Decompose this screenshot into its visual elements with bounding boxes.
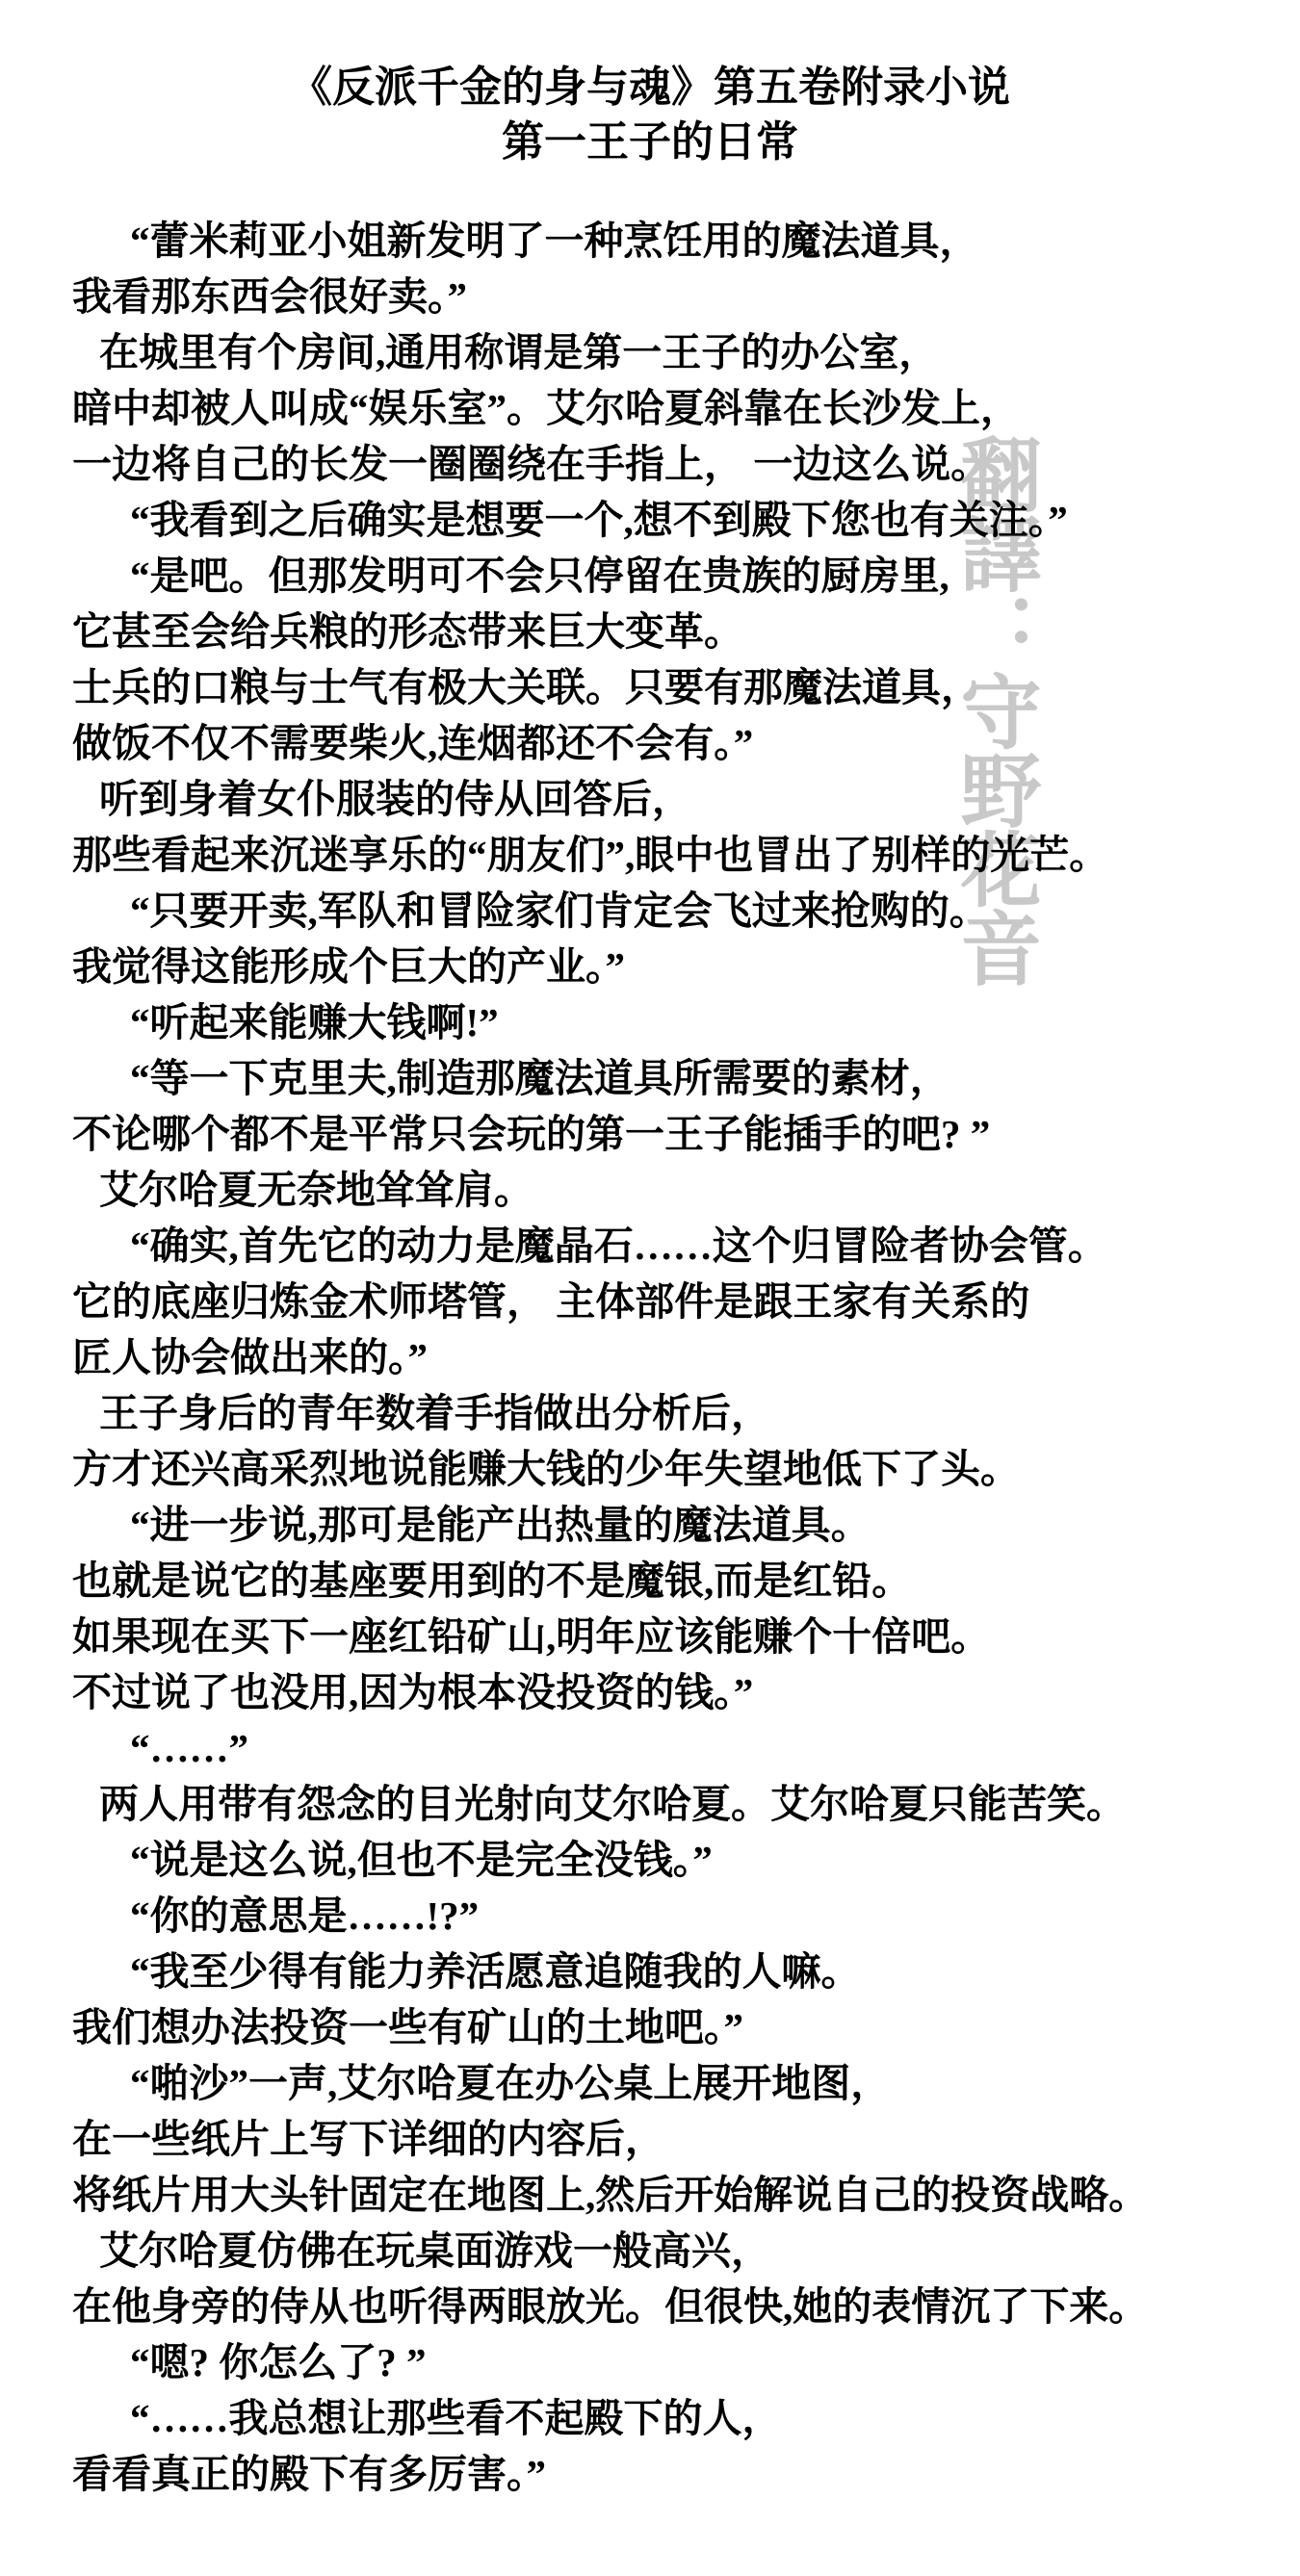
text-line: 在城里有个房间,通用称谓是第一王子的办公室， [72,324,1290,380]
text-line: 看看真正的殿下有多厉害。” [72,2446,1290,2502]
text-line: 一边将自己的长发一圈圈绕在手指上， 一边这么说。 [72,436,1290,492]
text-line: 我看那东西会很好卖。” [72,269,1290,324]
text-line: 不论哪个都不是平常只会玩的第一王子能插手的吧? ” [72,1106,1290,1162]
text-line: 匠人协会做出来的。” [72,1329,1290,1385]
text-line: “只要开卖,军队和冒险家们肯定会飞过来抢购的。 [72,883,1290,939]
text-line: 我觉得这能形成个巨大的产业。” [72,939,1290,994]
text-line: 艾尔哈夏无奈地耸耸肩。 [72,1162,1290,1218]
text-line: “说是这么说,但也不是完全没钱。” [72,1832,1290,1888]
text-line: “啪沙”一声,艾尔哈夏在办公桌上展开地图， [72,2055,1290,2111]
text-line: “……” [72,1720,1290,1776]
text-line: 它甚至会给兵粮的形态带来巨大变革。 [72,604,1290,659]
text-line: “是吧。但那发明可不会只停留在贵族的厨房里, [72,548,1290,604]
page-title: 《反派千金的身与魂》第五卷附录小说 第一王子的日常 [0,60,1300,169]
text-line: 不过说了也没用,因为根本没投资的钱。” [72,1664,1290,1720]
text-line: 两人用带有怨念的目光射向艾尔哈夏。艾尔哈夏只能苦笑。 [72,1776,1290,1832]
text-line: 也就是说它的基座要用到的不是魔银,而是红铅。 [72,1553,1290,1609]
text-line: “你的意思是……!?” [72,1888,1290,1944]
text-line: “我至少得有能力养活愿意追随我的人嘛。 [72,1944,1290,1999]
text-line: “进一步说,那可是能产出热量的魔法道具。 [72,1497,1290,1553]
text-line: “确实,首先它的动力是魔晶石……这个归冒险者协会管。 [72,1218,1290,1274]
text-line: “嗯? 你怎么了? ” [72,2334,1290,2390]
title-line-2: 第一王子的日常 [0,115,1300,169]
text-line: 听到身着女仆服装的侍从回答后， [72,771,1290,827]
text-line: 暗中却被人叫成“娱乐室”。艾尔哈夏斜靠在长沙发上， [72,380,1290,436]
text-line: 将纸片用大头针固定在地图上,然后开始解说自己的投资战略。 [72,2167,1290,2223]
text-line: 艾尔哈夏仿佛在玩桌面游戏一般高兴， [72,2223,1290,2279]
text-line: 做饭不仅不需要柴火,连烟都还不会有。” [72,715,1290,771]
text-line: 在他身旁的侍从也听得两眼放光。但很快,她的表情沉了下来。 [72,2279,1290,2334]
text-line: “……我总想让那些看不起殿下的人， [72,2390,1290,2446]
text-line: 王子身后的青年数着手指做出分析后， [72,1385,1290,1441]
text-line: 它的底座归炼金术师塔管， 主体部件是跟王家有关系的 [72,1274,1290,1329]
text-line: “等一下克里夫,制造那魔法道具所需要的素材， [72,1050,1290,1106]
text-line: 如果现在买下一座红铅矿山,明年应该能赚个十倍吧。 [72,1609,1290,1664]
text-line: 方才还兴高采烈地说能赚大钱的少年失望地低下了头。 [72,1441,1290,1497]
text-line: 那些看起来沉迷享乐的“朋友们”,眼中也冒出了别样的光芒。 [72,827,1290,883]
text-line: “蕾米莉亚小姐新发明了一种烹饪用的魔法道具， [72,213,1290,269]
title-line-1: 《反派千金的身与魂》第五卷附录小说 [0,60,1300,115]
text-line: 我们想办法投资一些有矿山的土地吧。” [72,1999,1290,2055]
text-line: 在一些纸片上写下详细的内容后， [72,2111,1290,2167]
text-line: 士兵的口粮与士气有极大关联。只要有那魔法道具， [72,659,1290,715]
text-body: “蕾米莉亚小姐新发明了一种烹饪用的魔法道具，我看那东西会很好卖。”在城里有个房间… [72,213,1290,2502]
text-line: “我看到之后确实是想要一个,想不到殿下您也有关注。” [72,492,1290,548]
novel-text-page: 翻譯：守野花音 《反派千金的身与魂》第五卷附录小说 第一王子的日常 “蕾米莉亚小… [0,0,1300,2576]
text-line: “听起来能赚大钱啊!” [72,994,1290,1050]
